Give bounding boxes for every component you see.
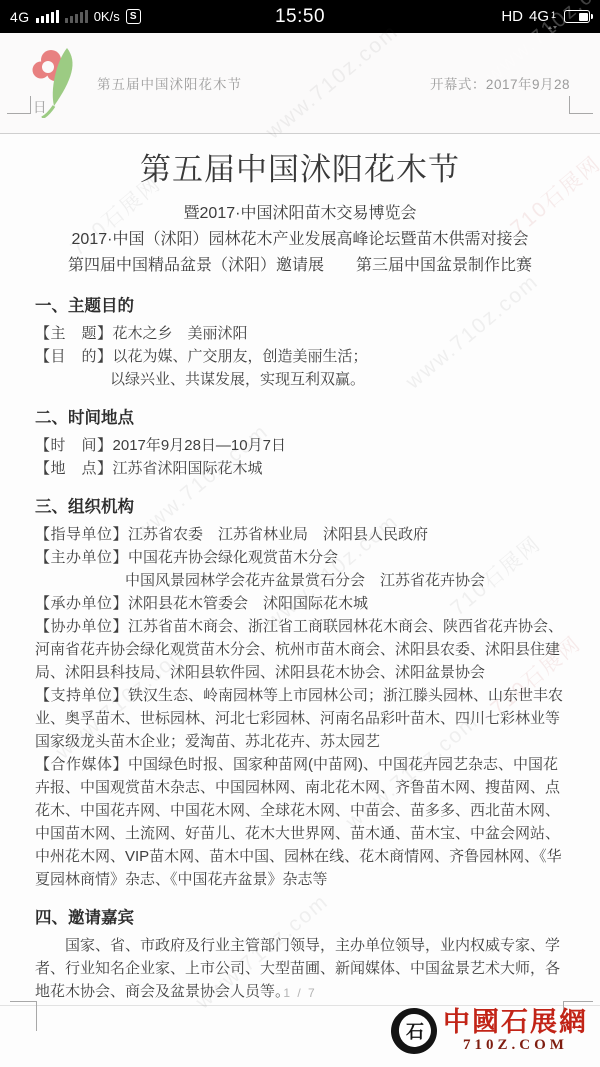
line-label: 【目 的】 (35, 348, 113, 365)
doc-line: 【协办单位】江苏省苗木商会、浙江省工商联园林花木商会、陕西省花卉协会、河南省花卉… (35, 615, 565, 684)
line-label: 【指导单位】 (35, 526, 128, 543)
network-speed-label: 0K/s (94, 9, 120, 24)
sim-badge-icon: S (126, 9, 141, 24)
doc-line: 【地 点】江苏省沭阳国际花木城 (35, 457, 565, 480)
document-title: 第五届中国沭阳花木节 (35, 144, 565, 189)
line-text: 2017年9月28日—10月7日 (113, 437, 286, 454)
line-text: 中国绿色时报、国家种苗网(中苗网)、中国花卉园艺杂志、中国花卉报、中国观赏苗木杂… (35, 756, 562, 888)
doc-line: 【主办单位】中国花卉协会绿化观赏苗木分会 (35, 546, 565, 569)
hd-voice-icon: HD (501, 8, 523, 25)
line-text: 以花为媒、广交朋友，创造美丽生活； (113, 348, 368, 365)
doc-line: 【主 题】花木之乡 美丽沭阳 (35, 322, 565, 345)
sim-index-label: 1 (551, 10, 556, 20)
doc-line: 【承办单位】沭阳县花木管委会 沭阳国际花木城 (35, 592, 565, 615)
doc-line: 以绿兴业、共谋发展，实现互利双赢。 (35, 368, 565, 391)
document-subtitle: 2017·中国（沭阳）园林花木产业发展高峰论坛暨苗木供需对接会 (35, 227, 565, 253)
line-label: 【合作媒体】 (35, 756, 128, 773)
header-divider (0, 133, 600, 134)
opening-ceremony-label: 开幕式：2017年9月28 (430, 73, 570, 93)
line-label: 【时 间】 (35, 437, 113, 454)
line-text: 中国花卉协会绿化观赏苗木分会 (128, 549, 338, 566)
doc-line: 中国风景园林学会花卉盆景赏石分会 江苏省花卉协会 (35, 569, 565, 592)
site-name-label: 中國石展網 (443, 1008, 588, 1036)
signal-strength-icon (36, 10, 59, 23)
phone-screenshot: 4G 0K/s S 15:50 HD 4G 1 第五届中国沭阳花木节 (0, 0, 600, 1067)
section-heading: 一、主题目的 (35, 294, 565, 318)
line-label: 【主办单位】 (35, 549, 128, 566)
scan-corner-mark (10, 1001, 37, 1031)
network-type-sim1-label: 4G 1 (529, 8, 556, 25)
battery-icon (564, 10, 590, 23)
scan-corner-mark (7, 96, 31, 114)
stone-seal-icon: 石 (388, 1005, 440, 1057)
doc-line: 【指导单位】江苏省农委 江苏省林业局 沭阳县人民政府 (35, 523, 565, 546)
footer-divider (0, 1005, 600, 1006)
document-subtitle: 暨2017·中国沭阳苗木交易博览会 (35, 201, 565, 227)
site-logo: 石 中國石展網 710Z.COM (391, 1008, 588, 1054)
line-label: 【地 点】 (35, 460, 113, 477)
header-title-label: 第五届中国沭阳花木节 (97, 73, 242, 93)
line-label: 【支持单位】 (35, 687, 128, 704)
document-page-view[interactable]: 第五届中国沭阳花木节 暨2017·中国沭阳苗木交易博览会 2017·中国（沭阳）… (35, 136, 565, 1003)
status-right-group: HD 4G 1 (501, 8, 590, 25)
section-heading: 二、时间地点 (35, 406, 565, 430)
section-time-place: 二、时间地点 【时 间】2017年9月28日—10月7日 【地 点】江苏省沭阳国… (35, 406, 565, 480)
signal-strength-sim2-icon (65, 10, 88, 23)
doc-line: 【时 间】2017年9月28日—10月7日 (35, 434, 565, 457)
document-header: 第五届中国沭阳花木节 开幕式：2017年9月28 日 (0, 33, 600, 133)
network-type-label: 4G (10, 9, 30, 25)
line-text: 江苏省沭阳国际花木城 (113, 460, 263, 477)
line-text: 以绿兴业、共谋发展，实现互利双赢。 (110, 371, 365, 388)
line-text: 中国风景园林学会花卉盆景赏石分会 江苏省花卉协会 (125, 572, 485, 589)
status-bar: 4G 0K/s S 15:50 HD 4G 1 (0, 0, 600, 33)
seal-character: 石 (406, 1017, 424, 1043)
line-text: 沭阳县花木管委会 沭阳国际花木城 (128, 595, 368, 612)
section-organizers: 三、组织机构 【指导单位】江苏省农委 江苏省林业局 沭阳县人民政府 【主办单位】… (35, 495, 565, 891)
doc-line: 【支持单位】铁汉生态、岭南园林等上市园林公司；浙江滕头园林、山东世丰农业、奥孚苗… (35, 684, 565, 753)
doc-line: 【目 的】以花为媒、广交朋友，创造美丽生活； (35, 345, 565, 368)
status-left-group: 4G 0K/s S (10, 9, 141, 25)
line-label: 【主 题】 (35, 325, 113, 342)
site-text-block: 中國石展網 710Z.COM (443, 1008, 588, 1054)
document-subtitle: 第四届中国精品盆景（沭阳）邀请展 第三届中国盆景制作比赛 (35, 253, 565, 279)
scan-corner-mark (569, 96, 593, 114)
section-heading: 四、邀请嘉宾 (35, 906, 565, 930)
data-updown-arrows-icon (548, 26, 557, 29)
line-text: 花木之乡 美丽沭阳 (113, 325, 248, 342)
clock-label: 15:50 (275, 6, 325, 28)
line-text: 江苏省农委 江苏省林业局 沭阳县人民政府 (128, 526, 428, 543)
section-theme-purpose: 一、主题目的 【主 题】花木之乡 美丽沭阳 【目 的】以花为媒、广交朋友，创造美… (35, 294, 565, 391)
line-label: 【协办单位】 (35, 618, 128, 635)
section-heading: 三、组织机构 (35, 495, 565, 519)
line-label: 【承办单位】 (35, 595, 128, 612)
site-url-label: 710Z.COM (443, 1037, 588, 1054)
opening-ceremony-wrap-char: 日 (33, 96, 47, 116)
doc-line: 【合作媒体】中国绿色时报、国家种苗网(中苗网)、中国花卉园艺杂志、中国花卉报、中… (35, 753, 565, 891)
page-indicator: 1 / 7 (0, 986, 600, 1000)
